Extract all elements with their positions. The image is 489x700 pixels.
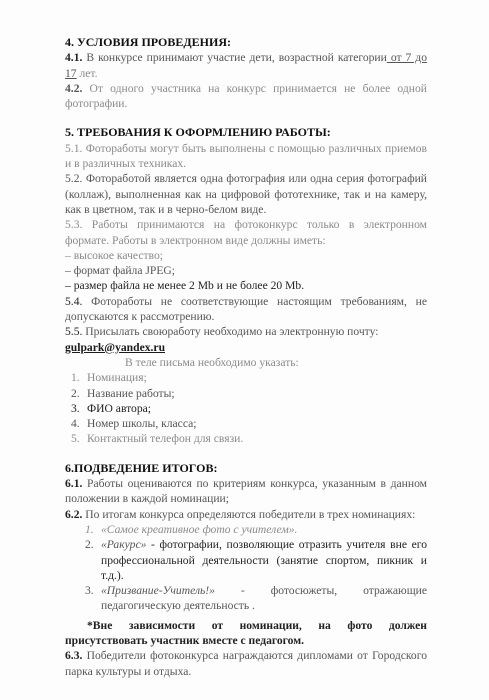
section-6-title: 6.ПОДВЕДЕНИЕ ИТОГОВ:	[65, 461, 427, 476]
section-5-title: 5. ТРЕБОВАНИЯ К ОФОРМЛЕНИЮ РАБОТЫ:	[65, 125, 427, 140]
clause-text: Присылать своюработу необходимо на элект…	[82, 325, 378, 338]
clause-number: 6.2.	[65, 508, 82, 521]
clause-text: По итогам конкурса определяются победите…	[82, 508, 415, 521]
clause-6-3: 6.3. Победители фотоконкурса награждаютс…	[65, 648, 427, 679]
clause-number: 4.2.	[65, 82, 82, 95]
nominations-list: 1.«Самое креативное фото с учителем». 2.…	[65, 522, 427, 614]
document-page: 4. УСЛОВИЯ ПРОВЕДЕНИЯ: 4.1. В конкурсе п…	[0, 0, 489, 700]
clause-text-tail: лет.	[80, 67, 98, 80]
clause-5-4: 5.4. Фотоработы не соответствующие насто…	[65, 294, 427, 325]
clause-4-1: 4.1. В конкурсе принимают участие дети, …	[65, 50, 427, 81]
clause-5-1: 5.1. Фотоработы могут быть выполнены с п…	[65, 141, 427, 172]
clause-6-1: 6.1. Работы оцениваются по критериям кон…	[65, 476, 427, 507]
clause-text: Фотоработы могут быть выполнены с помощь…	[65, 142, 427, 170]
clause-text: Победители фотоконкурса награждаются дип…	[65, 649, 427, 677]
nomination-item: 3.«Призвание-Учитель!» - фотосюжеты, отр…	[65, 583, 427, 614]
clause-5-2: 5.2. Фотоработой является одна фотографи…	[65, 171, 427, 217]
clause-5-3: 5.3. Работы принимаются на фотоконкурс т…	[65, 217, 427, 248]
clause-number: 6.1.	[65, 477, 82, 490]
letter-instructions: В теле письма необходимо указать:	[65, 355, 427, 370]
email-link[interactable]: gulpark@yandex.ru	[65, 341, 165, 354]
list-item: 3.ФИО автора;	[65, 401, 427, 416]
clause-4-2: 4.2. От одного участника на конкурс прин…	[65, 81, 427, 112]
clause-text: Работы принимаются на фотоконкурс только…	[65, 218, 427, 246]
clause-number: 5.3.	[65, 218, 82, 231]
list-item: 1.Номинация;	[65, 370, 427, 385]
letter-items-list: 1.Номинация; 2.Название работы; 3.ФИО ав…	[65, 370, 427, 446]
requirement-item: – высокое качество;	[65, 248, 427, 263]
list-item: 4.Номер школы, класса;	[65, 416, 427, 431]
list-item: 2.Название работы;	[65, 386, 427, 401]
clause-number: 4.1.	[65, 51, 82, 64]
document-content: 4. УСЛОВИЯ ПРОВЕДЕНИЯ: 4.1. В конкурсе п…	[65, 35, 427, 679]
clause-number: 5.1.	[65, 142, 82, 155]
nomination-item: 2.«Ракурс» - фотографии, позволяющие отр…	[65, 537, 427, 583]
clause-number: 5.4.	[65, 295, 82, 308]
clause-text: Фотоработой является одна фотография или…	[65, 172, 427, 216]
participant-note: *Вне зависимости от номинации, на фото д…	[65, 618, 427, 649]
clause-number: 5.2.	[65, 172, 82, 185]
requirement-item: – размер файла не менее 2 Mb и не более …	[65, 278, 427, 293]
clause-text: От одного участника на конкурс принимает…	[65, 82, 427, 110]
clause-text: Работы оцениваются по критериям конкурса…	[65, 477, 427, 505]
requirement-item: – формат файла JPEG;	[65, 263, 427, 278]
clause-5-5: 5.5. Присылать своюработу необходимо на …	[65, 324, 427, 339]
nomination-item: 1.«Самое креативное фото с учителем».	[65, 522, 427, 537]
section-4-title: 4. УСЛОВИЯ ПРОВЕДЕНИЯ:	[65, 35, 427, 50]
list-item: 5.Контактный телефон для связи.	[65, 431, 427, 446]
clause-number: 5.5.	[65, 325, 82, 338]
clause-text: В конкурсе принимают участие дети, возра…	[82, 51, 386, 64]
clause-6-2: 6.2. По итогам конкурса определяются поб…	[65, 507, 427, 522]
clause-number: 6.3.	[65, 649, 82, 662]
clause-text: Фотоработы не соответствующие настоящим …	[65, 295, 427, 323]
